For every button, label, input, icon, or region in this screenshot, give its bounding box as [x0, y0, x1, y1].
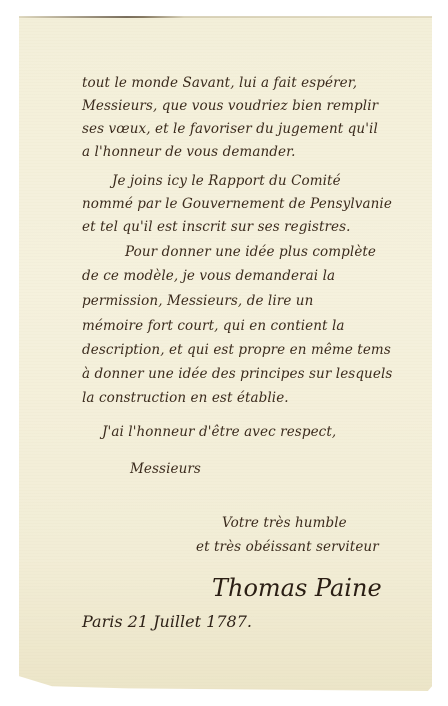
text-line: à donner une idée des principes sur lesq… [82, 368, 392, 382]
closing-line: J'ai l'honneur d'être avec respect, [102, 426, 336, 440]
text-line: tout le monde Savant, lui a fait espérer… [82, 77, 357, 91]
signature: Thomas Paine [212, 576, 382, 600]
text-line: nommé par le Gouvernement de Pensylvanie [82, 198, 392, 212]
text-line: permission, Messieurs, de lire un [82, 295, 313, 309]
paper-top-edge [19, 16, 432, 18]
text-line: mémoire fort court, qui en contient la [82, 320, 345, 334]
text-line: ses vœux, et le favoriser du jugement qu… [82, 123, 378, 137]
closing-line: Votre très humble [222, 517, 347, 531]
text-line: la construction en est établie. [82, 392, 289, 406]
text-line: a l'honneur de vous demander. [82, 146, 296, 160]
text-line: Je joins icy le Rapport du Comité [112, 175, 341, 189]
text-line: Messieurs, que vous voudriez bien rempli… [82, 100, 378, 114]
text-line: Pour donner une idée plus complète [125, 246, 376, 260]
closing-line: et très obéissant serviteur [196, 541, 379, 555]
text-line: description, et qui est propre en même t… [82, 344, 391, 358]
text-line: de ce modèle, je vous demanderai la [82, 270, 335, 284]
dateline: Paris 21 Juillet 1787. [82, 614, 252, 630]
text-line: et tel qu'il est inscrit sur ses registr… [82, 221, 351, 235]
salutation: Messieurs [130, 463, 201, 477]
